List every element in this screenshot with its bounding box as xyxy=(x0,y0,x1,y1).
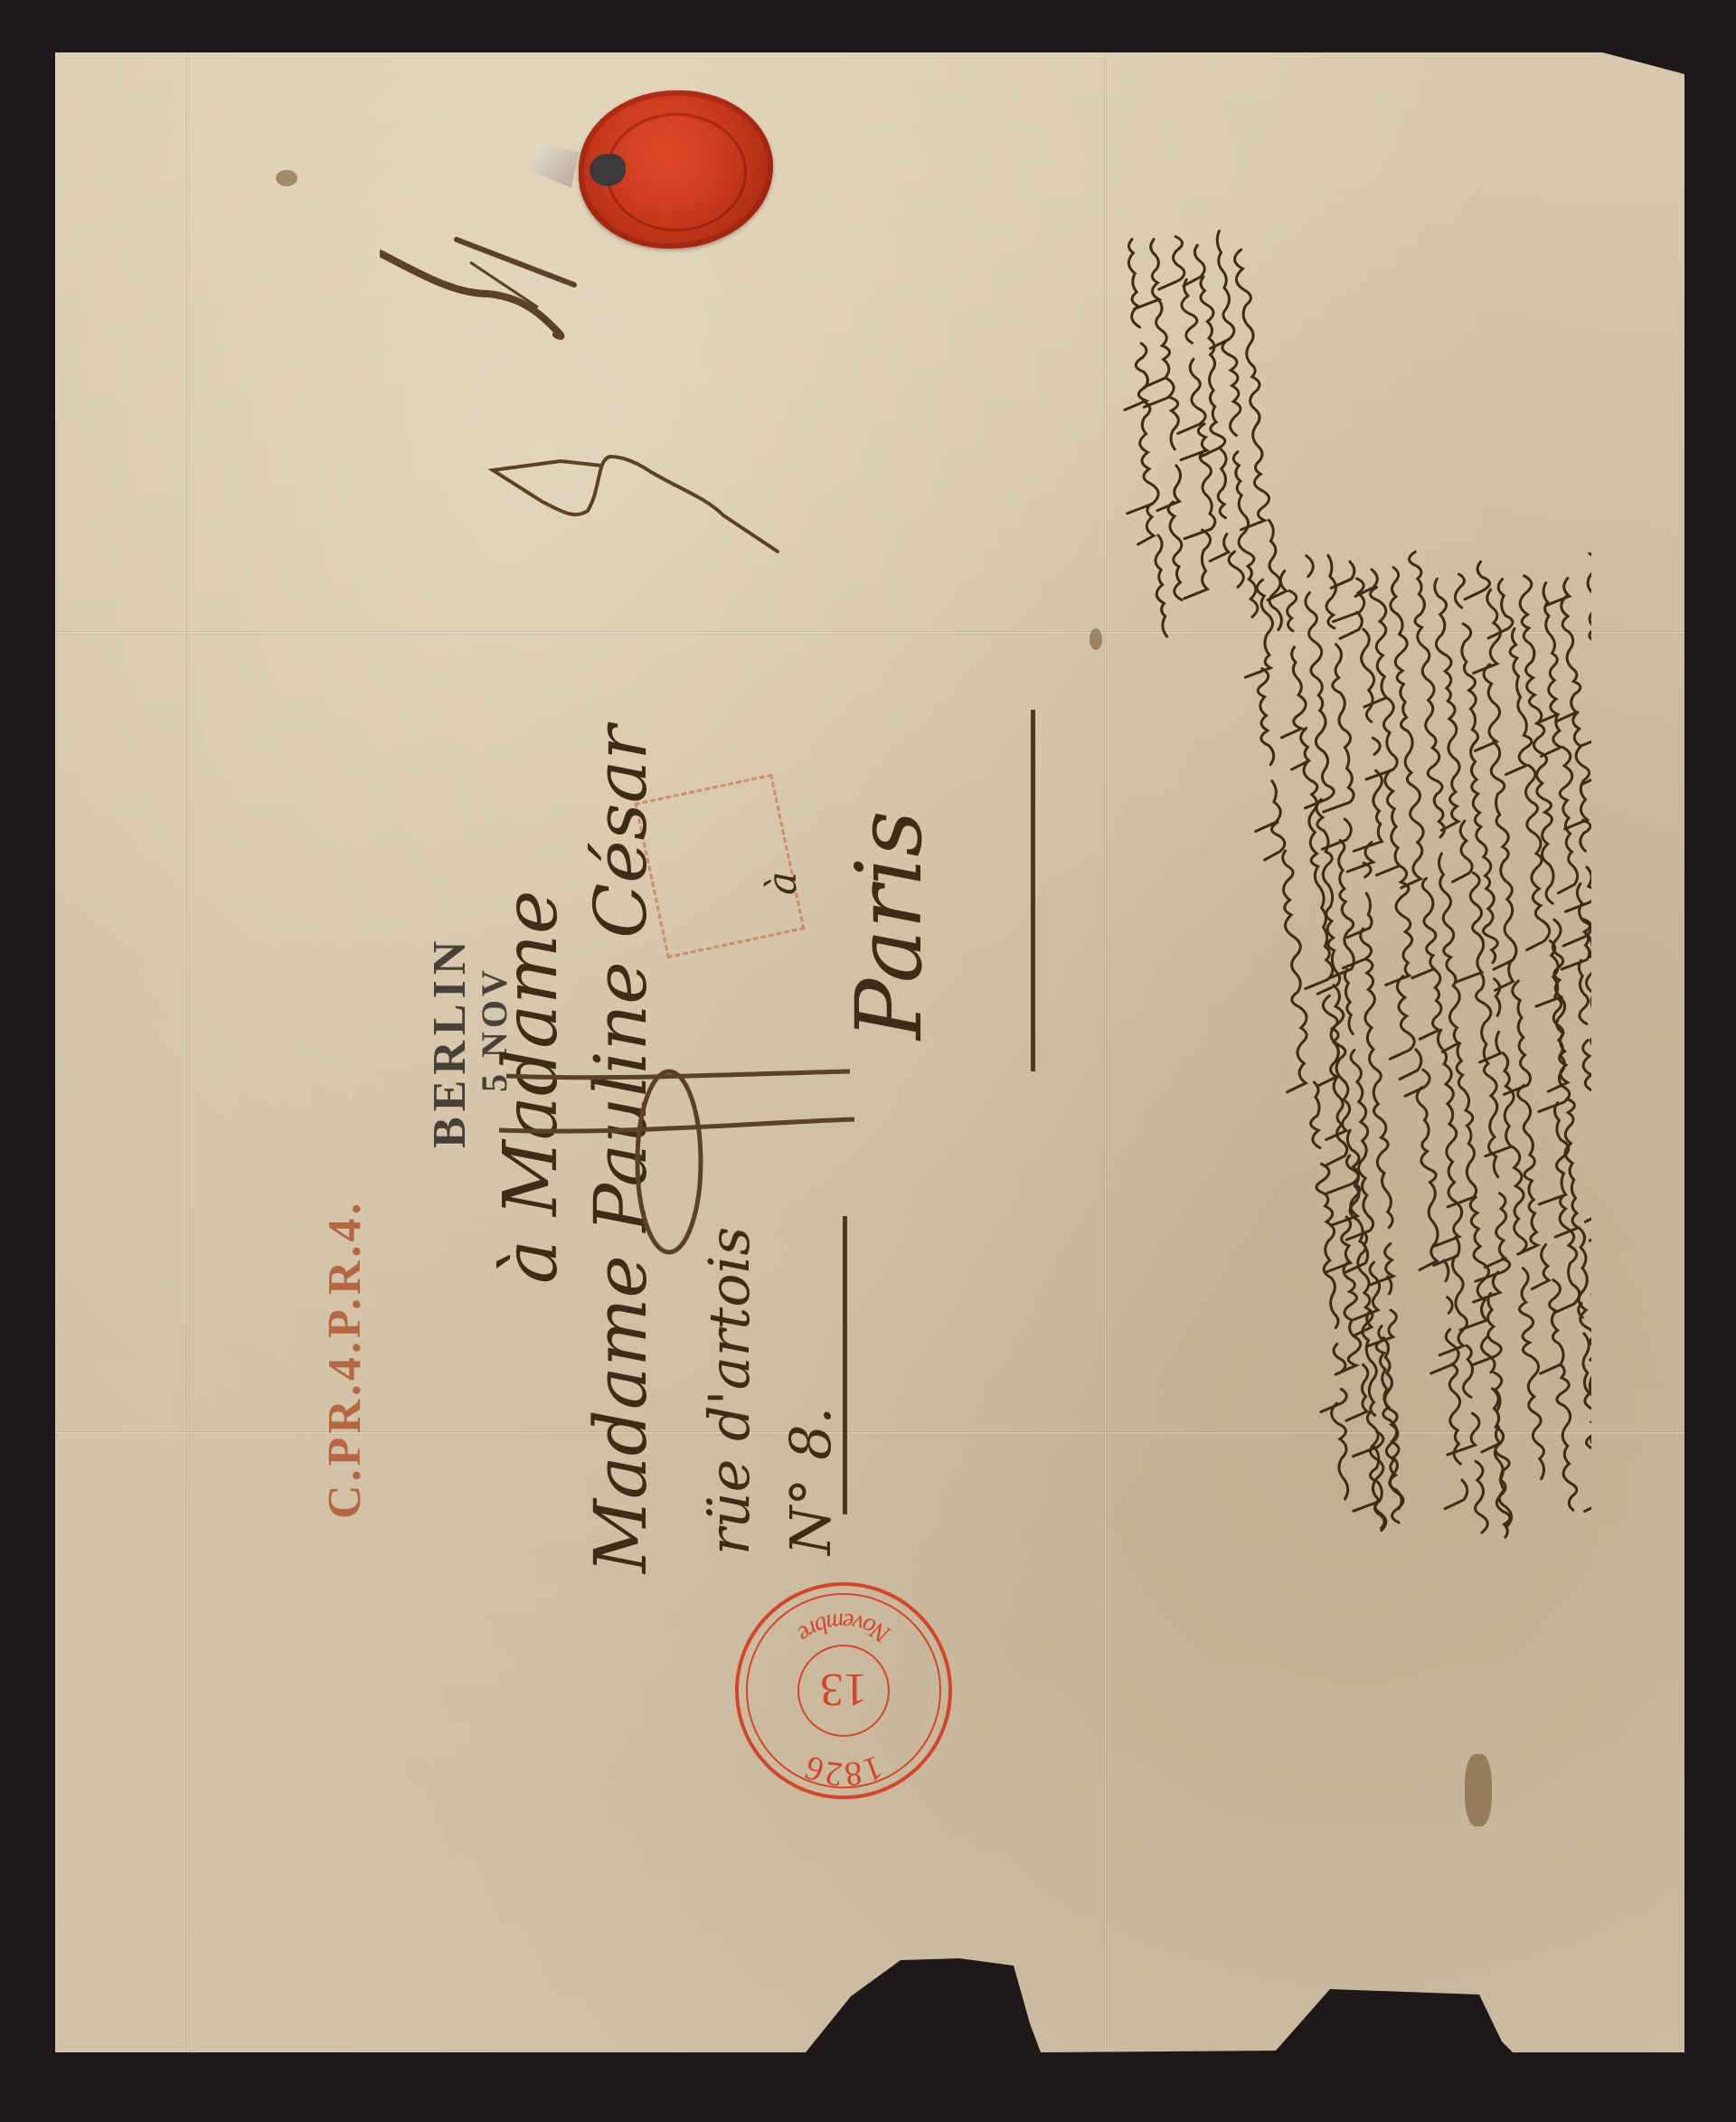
folded-corner xyxy=(1602,52,1685,76)
arrival-postmark: 13 1826 Novembre xyxy=(731,1578,957,1804)
postmark-year: 1826 xyxy=(800,1748,888,1793)
underline-stroke xyxy=(843,1216,847,1514)
svg-text:1826: 1826 xyxy=(800,1748,888,1793)
ink-stain xyxy=(276,170,297,186)
ink-stain xyxy=(1090,628,1102,650)
handwriting-lines xyxy=(1112,208,1591,1600)
origin-stamp-city: BERLIN xyxy=(424,936,476,1148)
fold-line xyxy=(186,52,189,2052)
address-line-number: N° 8. xyxy=(778,1407,844,1555)
manuscript-rate-marks xyxy=(380,217,796,597)
transit-stamp: C.PR.4.P.R.4. xyxy=(318,1200,372,1519)
manuscript-rate-ten xyxy=(497,1067,859,1266)
water-stain xyxy=(1465,1754,1492,1826)
svg-text:Novembre: Novembre xyxy=(792,1607,896,1648)
address-line-a: à xyxy=(759,872,806,895)
fold-line xyxy=(1104,52,1107,2052)
postmark-month: Novembre xyxy=(792,1607,896,1648)
address-line-street: rüe d'artois xyxy=(696,1227,762,1555)
postmark-day: 13 xyxy=(820,1664,867,1715)
letter-body-text xyxy=(1112,208,1591,1600)
underline-stroke xyxy=(1031,710,1035,1071)
address-line-city: Paris xyxy=(836,810,942,1040)
